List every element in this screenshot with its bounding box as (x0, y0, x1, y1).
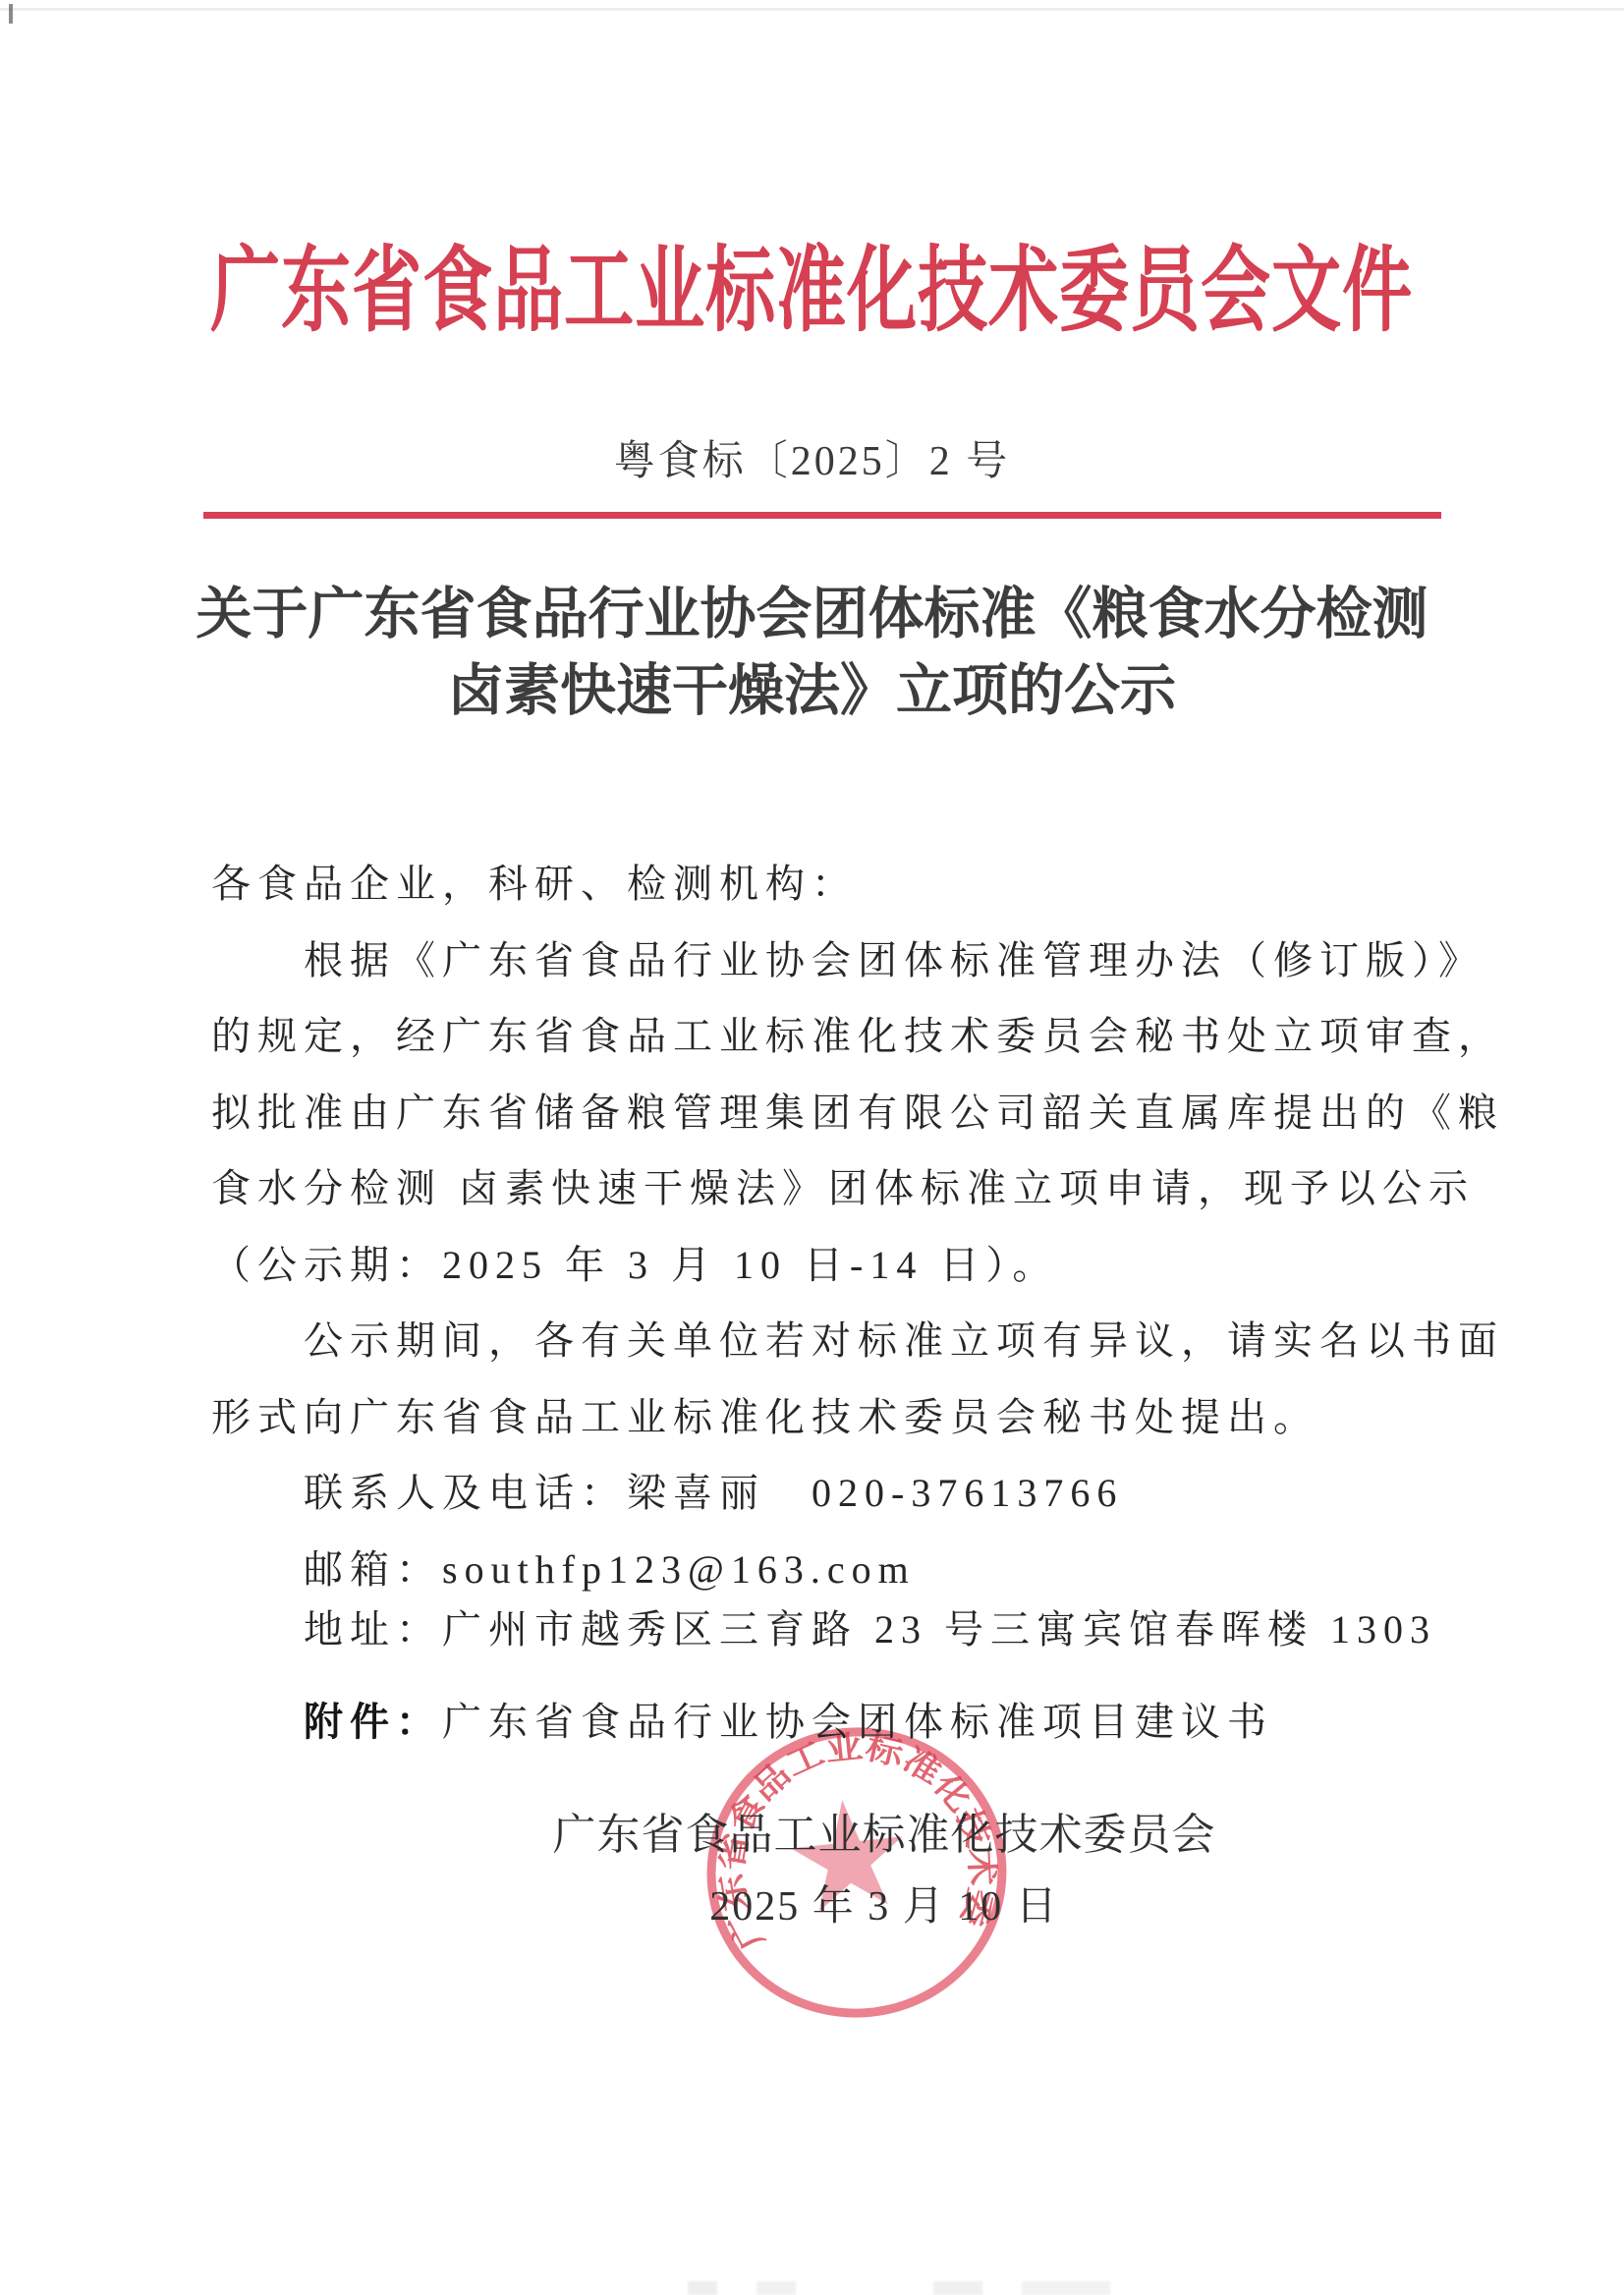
document-page: 广东省食品工业标准化技术委员会文件 粤食标〔2025〕2 号 关于广东省食品行业… (0, 0, 1624, 2295)
letterhead-title-text: 广东省食品工业标准化技术委员会文件 (210, 240, 1413, 342)
signature-org: 广东省食品工业标准化技术委员会 (491, 1813, 1277, 1858)
salutation-line: 各食品企业，科研、检测机构： (211, 846, 1488, 923)
body-line: 根据《广东省食品行业协会团体标准管理办法（修订版）》 (211, 923, 1488, 999)
doc-title-line2: 卤素快速干燥法》立项的公示 (0, 660, 1624, 723)
body-line: 形式向广东省食品工业标准化技术委员会秘书处提出。 (211, 1379, 1488, 1456)
doc-title-line1: 关于广东省食品行业协会团体标准《粮食水分检测 (0, 584, 1624, 646)
address-line: 地址：广州市越秀区三育路 23 号三寓宾馆春晖楼 1303 (211, 1592, 1488, 1668)
body-line: 拟批准由广东省储备粮管理集团有限公司韶关直属库提出的《粮 (211, 1075, 1488, 1151)
doc-number: 粤食标〔2025〕2 号 (0, 439, 1624, 484)
contact-line: 联系人及电话：梁喜丽 020-37613766 (211, 1455, 1488, 1532)
signature-block: 广东省食品工业标准化技术委员会 2025 年 3 月 10 日 (491, 1813, 1277, 1930)
attachment-text: 广东省食品行业协会团体标准项目建议书 (442, 1700, 1273, 1744)
attachment-label: 附件： (304, 1700, 442, 1744)
body-line: 公示期间，各有关单位若对标准立项有异议，请实名以书面 (211, 1303, 1488, 1379)
body-line: 食水分检测 卤素快速干燥法》团体标准立项申请，现予以公示 (211, 1150, 1488, 1227)
scan-edge-artifact (0, 8, 1624, 11)
scan-tick-artifact (9, 4, 13, 24)
body-line: （公示期：2025 年 3 月 10 日-14 日）。 (211, 1227, 1488, 1304)
body-text: 各食品企业，科研、检测机构： 根据《广东省食品行业协会团体标准管理办法（修订版）… (211, 846, 1488, 1760)
letterhead-title: 广东省食品工业标准化技术委员会文件 (0, 240, 1624, 342)
doc-title: 关于广东省食品行业协会团体标准《粮食水分检测 卤素快速干燥法》立项的公示 (0, 584, 1624, 723)
signature-date: 2025 年 3 月 10 日 (491, 1884, 1277, 1930)
body-line: 的规定，经广东省食品工业标准化技术委员会秘书处立项审查， (211, 998, 1488, 1075)
scan-smudge-artifact (688, 2281, 1110, 2295)
red-rule-divider (203, 512, 1441, 519)
attachment-line: 附件：广东省食品行业协会团体标准项目建议书 (211, 1684, 1488, 1761)
